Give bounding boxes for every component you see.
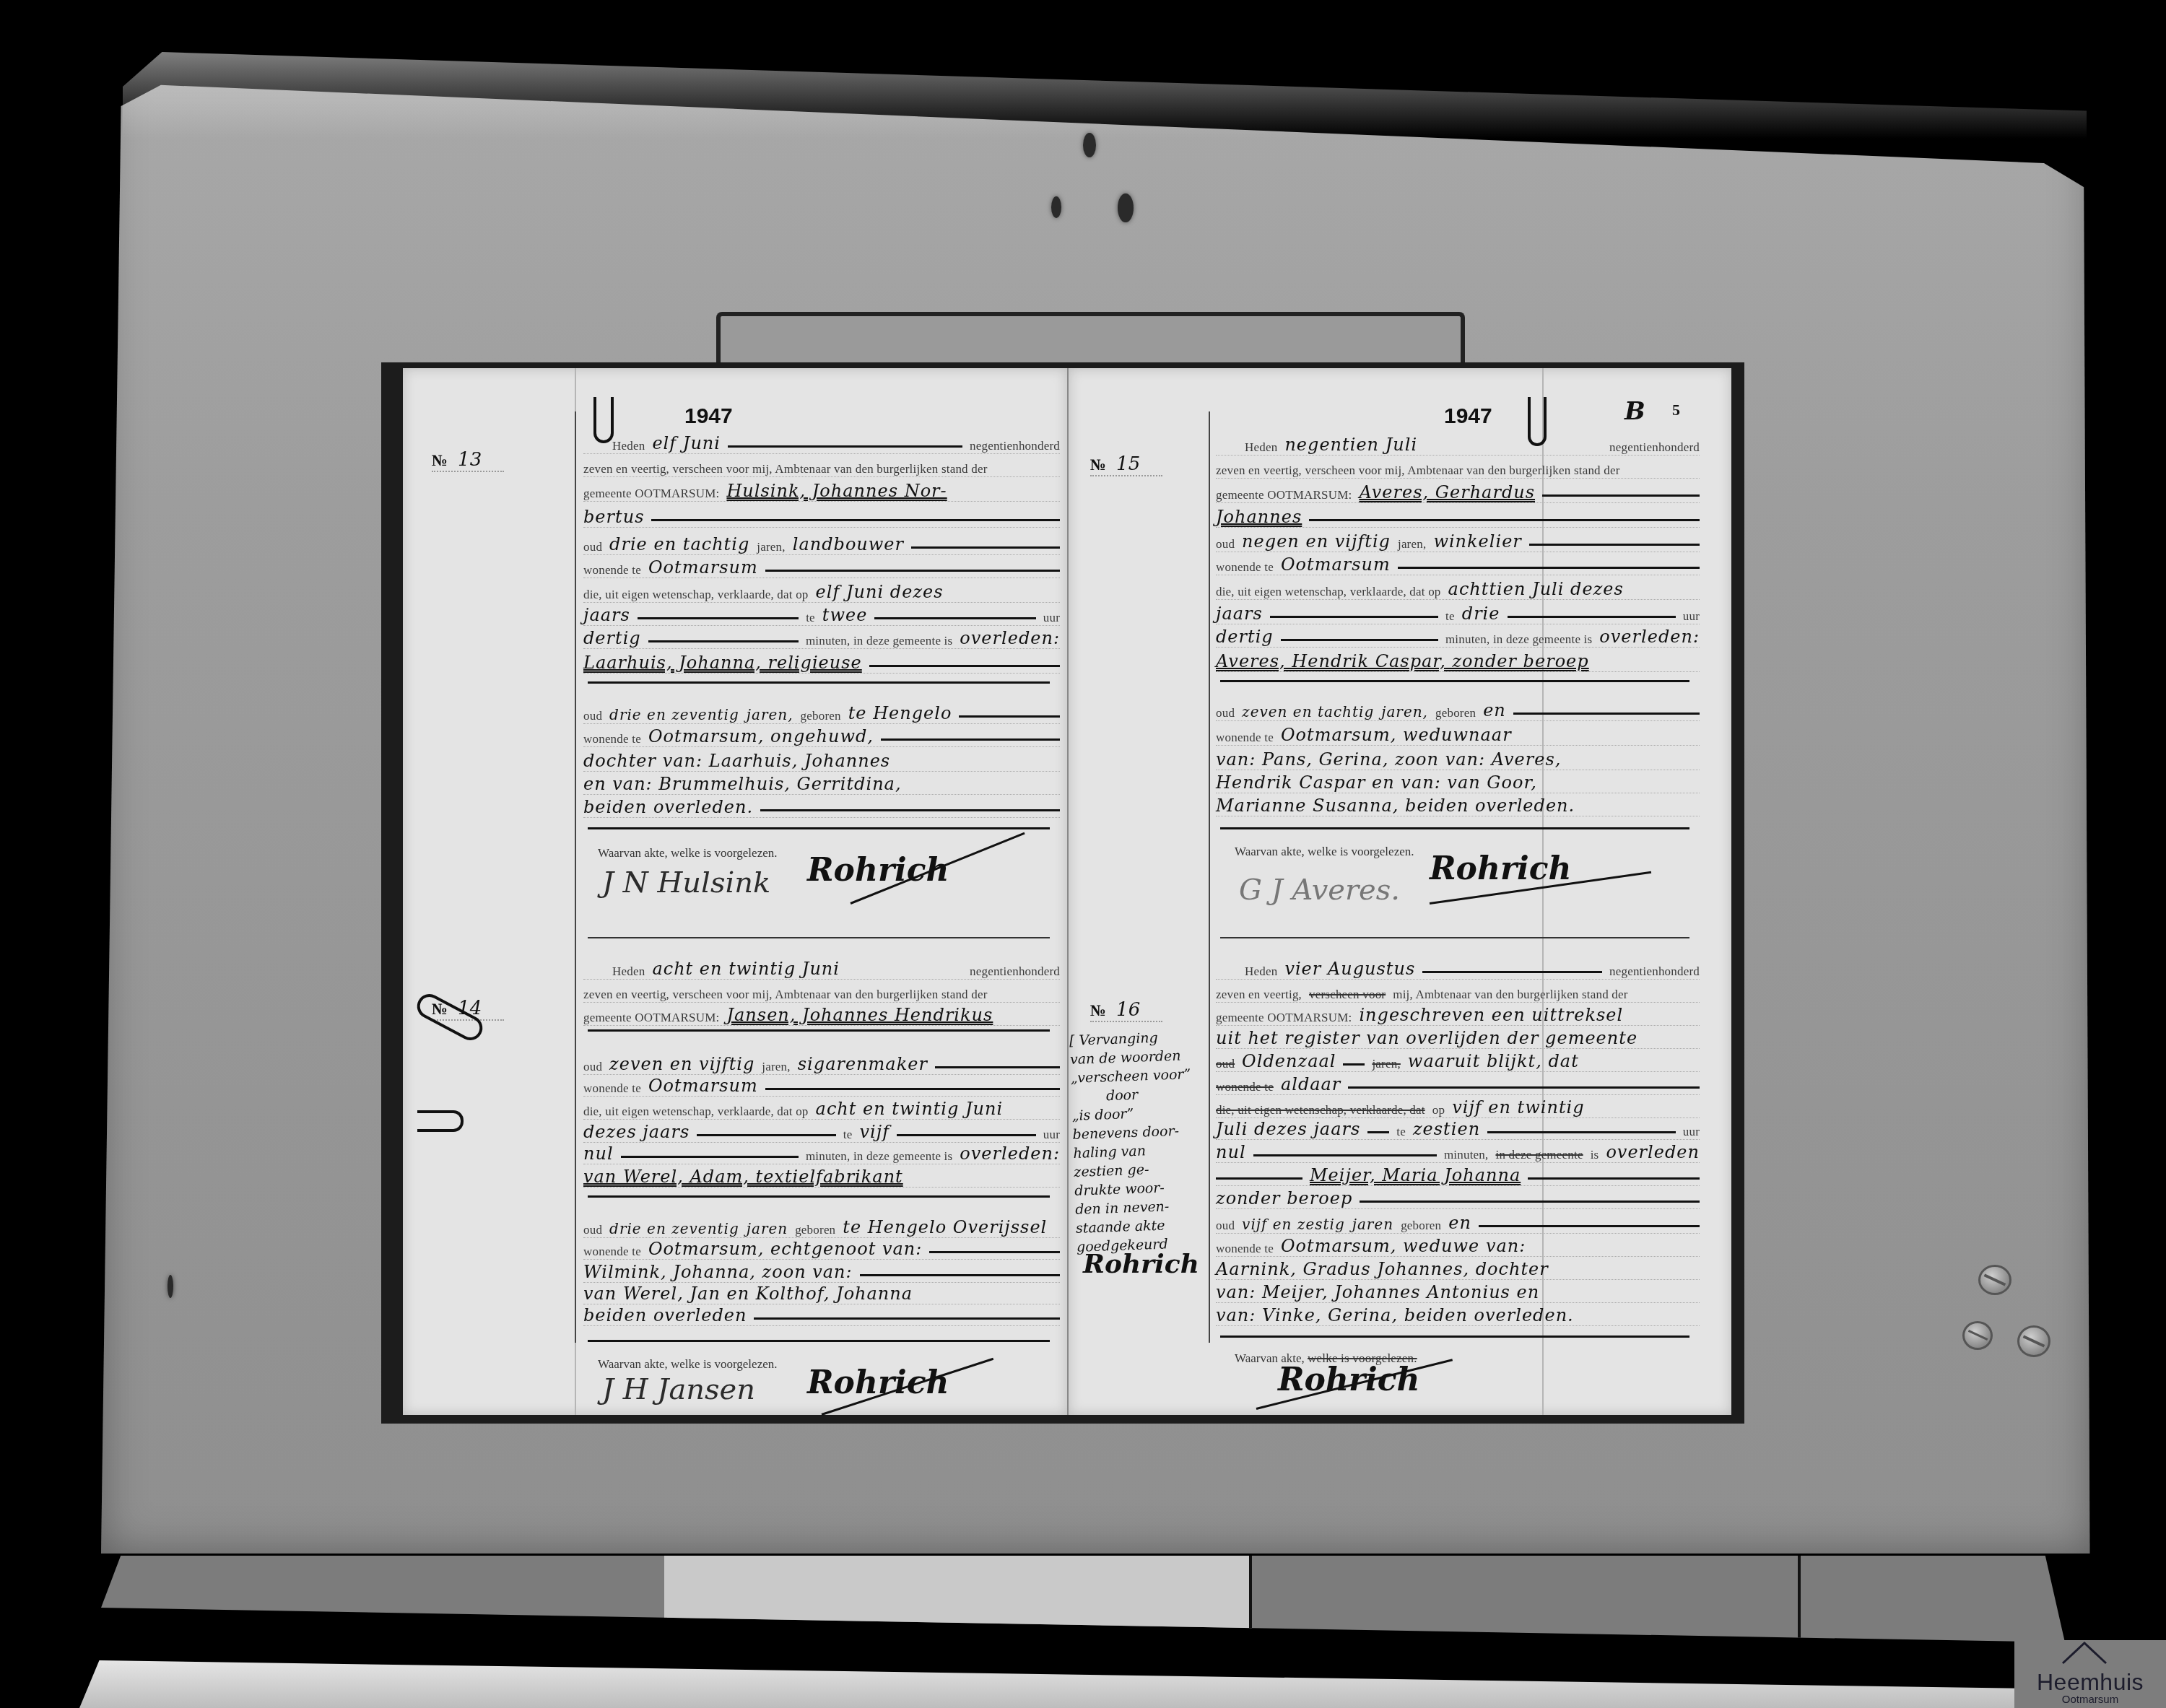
heemhuis-watermark-logo: Heemhuis Ootmarsum (2014, 1640, 2166, 1708)
left-page: 1947 №13 Heden elf Juni negentienhonderd… (403, 368, 1069, 1415)
declarant-name: Hulsink, Johannes Nor- (726, 481, 947, 501)
mount-board-edge (123, 52, 2087, 139)
record-number: №15 (1090, 453, 1162, 476)
right-page: 1947 B 5 №15 Heden negentien Juli negent… (1069, 368, 1731, 1415)
label-gemeente: gemeente OOTMARSUM: (583, 1011, 719, 1025)
screw-head (1978, 1265, 2011, 1295)
screw-head (2017, 1325, 2050, 1357)
witness-signature: J N Hulsink (602, 866, 770, 899)
watermark-name: Heemhuis (2037, 1670, 2144, 1694)
mount-hole (1118, 193, 1134, 222)
record-number: №16 (1090, 999, 1162, 1022)
deceased-name: Averes, Hendrik Caspar, zonder beroep (1216, 651, 1589, 671)
detail-line: van: Vinke, Gerina, beiden overleden. (1216, 1305, 1574, 1325)
witness-signature: G J Averes. (1239, 873, 1400, 907)
detail-line: Marianne Susanna, beiden overleden. (1216, 796, 1575, 816)
detail-line: beiden overleden (583, 1305, 747, 1325)
lower-plate (79, 1660, 2065, 1708)
watermark-subtitle: Ootmarsum (2062, 1694, 2118, 1707)
mount-hole (1051, 196, 1061, 218)
open-register-book: 1947 №13 Heden elf Juni negentienhonderd… (381, 362, 1744, 1424)
detail-line: beiden overleden. (583, 797, 753, 817)
official-signature: Rohrich (1278, 1361, 1420, 1398)
page-initial-mark: B (1624, 397, 1645, 426)
margin-correction-note: [ Vervanging van de woorden „verscheen v… (1069, 1027, 1197, 1257)
page-year: 1947 (1444, 404, 1492, 429)
lower-board-strip (101, 1556, 2065, 1642)
deceased-name: van Werel, Adam, textielfabrikant (583, 1167, 903, 1187)
house-roof-icon (2061, 1642, 2108, 1665)
official-signature: Rohrich (1430, 850, 1572, 887)
record-number: №13 (432, 449, 504, 472)
paperclip-icon (417, 1110, 464, 1132)
margin-rule (1209, 411, 1210, 1343)
closing-formula: Waarvan akte, welke is voorgelezen. (598, 846, 777, 860)
margin-rule (575, 411, 576, 1343)
page-number: 5 (1672, 401, 1680, 419)
closing-formula: Waarvan akte, welke is voorgelezen. (1235, 845, 1414, 859)
mount-hole (168, 1275, 173, 1298)
margin-note-signature: Rohrich (1083, 1249, 1199, 1279)
deceased-name: Laarhuis, Johanna, religieuse (583, 653, 862, 673)
mount-hole (1083, 133, 1096, 157)
closing-formula: Waarvan akte, welke is voorgelezen. (598, 1357, 777, 1372)
label-gemeente: gemeente OOTMARSUM: (583, 487, 719, 501)
screw-head (1962, 1321, 1993, 1350)
declarant-name-cont: bertus (583, 507, 644, 527)
witness-signature: J H Jansen (602, 1373, 755, 1406)
page-year: 1947 (684, 404, 733, 429)
declarant-name: Jansen, Johannes Hendrikus (726, 1005, 993, 1025)
